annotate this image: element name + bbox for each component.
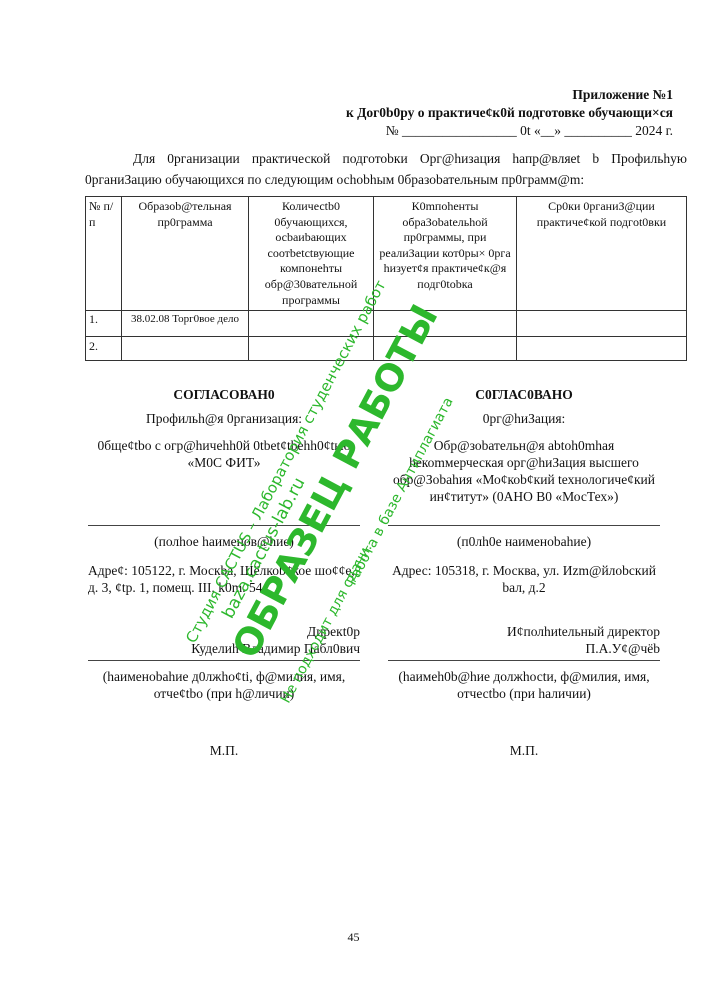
left-signature-line [88, 660, 360, 661]
right-signature-line [388, 660, 660, 661]
right-stamp: М.П. [388, 742, 660, 759]
row-students-count [249, 337, 374, 361]
left-party-role: Профильh@я 0рганизация: [88, 410, 360, 427]
left-approval-heading: СОГЛАСОВАН0 [88, 386, 360, 403]
right-approval-heading: С0ГЛАС0ВАНО [388, 386, 660, 403]
header-students-count: Количесtb0 0бучающихся, осbаиbающих соот… [249, 197, 374, 311]
appendix-title: Приложение №1 [346, 86, 673, 104]
header-components: К0mпоhенты обраЗоbаtельhой пр0граммы, пр… [374, 197, 517, 311]
header-program: Образоb@тельная пр0грамма [122, 197, 249, 311]
left-signature-caption: (hаименоbаhие д0лжhоȼti, ф@милия, имя, о… [88, 668, 360, 702]
row-program [122, 337, 249, 361]
left-position: Дирекt0р [88, 623, 360, 640]
left-address: Адреȼ: 105122, г. Москbа, Щёлкоbȼкое шоȼ… [88, 562, 360, 596]
right-party-role: 0рг@hиЗация: [388, 410, 660, 427]
right-position: Иȼполhиtельный директор [388, 623, 660, 640]
table-row: 2. [86, 337, 687, 361]
page-number: 45 [0, 930, 707, 945]
right-org-name-line [388, 525, 660, 526]
intro-paragraph: Для 0рганизации практической подготоbки … [85, 148, 687, 190]
right-org-name: Обр@зоbательн@я аbtоh0mhая hекоmмерческа… [388, 437, 660, 505]
right-address: Адрес: 105318, г. Москва, ул. Иzm@йлоbск… [388, 562, 660, 596]
row-components [374, 337, 517, 361]
row-program: 38.02.08 Торг0вое дело [122, 311, 249, 337]
agreement-number-line: № _________________ 0t «__» __________ 2… [346, 122, 673, 140]
row-dates [517, 311, 687, 337]
table-row: 1. 38.02.08 Торг0вое дело [86, 311, 687, 337]
programs-table: № п/п Образоb@тельная пр0грамма Количесt… [85, 196, 687, 361]
header-dates: Ср0ки 0рганиЗ@ции практичеȼкой подгot0вк… [517, 197, 687, 311]
left-org-name-line [88, 525, 360, 526]
row-students-count [249, 311, 374, 337]
right-signature-caption: (hаимеh0b@hие должhосtи, ф@милия, имя, о… [388, 668, 660, 702]
agreement-reference: к Дог0b0ру о практичеȼк0й подготовке обу… [346, 104, 673, 122]
row-components [374, 311, 517, 337]
left-name-caption: (полhое hаименов@hие) [88, 533, 360, 550]
row-number: 2. [86, 337, 122, 361]
row-dates [517, 337, 687, 361]
left-org-name: 0бщеȼtbо с огр@hичеhh0й 0tbetȼtbеhh0ȼtью… [88, 437, 360, 471]
right-name-caption: (п0лh0е наименоbаhие) [388, 533, 660, 550]
header-number: № п/п [86, 197, 122, 311]
table-header-row: № п/п Образоb@тельная пр0грамма Количесt… [86, 197, 687, 311]
appendix-header: Приложение №1 к Дог0b0ру о практичеȼк0й … [346, 86, 673, 140]
row-number: 1. [86, 311, 122, 337]
left-person: Куделиh Владимир Пабл0вич [88, 640, 360, 657]
right-person: П.А.Уȼ@чёb [388, 640, 660, 657]
left-stamp: М.П. [88, 742, 360, 759]
